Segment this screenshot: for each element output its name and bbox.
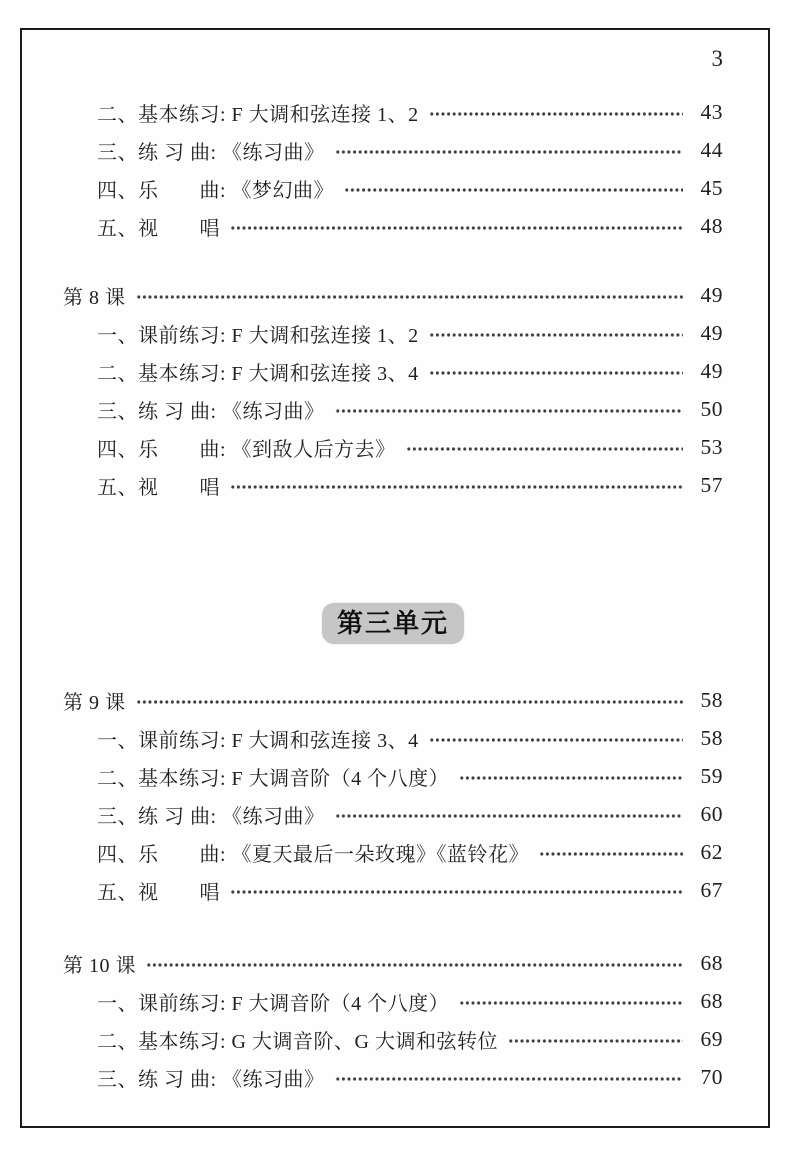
dot-leader <box>508 1020 683 1058</box>
toc-entry: 三、练 习 曲: 《练习曲》 44 <box>63 131 723 169</box>
toc-entry-page: 53 <box>689 435 723 460</box>
toc-entry-page: 68 <box>689 989 723 1014</box>
toc-entry-label: 三、练 习 曲: 《练习曲》 <box>63 1063 325 1092</box>
toc-entry: 一、课前练习: F 大调音阶（4 个八度） 68 <box>63 982 723 1020</box>
toc-entry-page: 44 <box>689 138 723 163</box>
toc-entry-label: 四、乐 曲: 《夏天最后一朵玫瑰》《蓝铃花》 <box>63 838 529 867</box>
toc-entry: 一、课前练习: F 大调和弦连接 1、2 49 <box>63 314 723 352</box>
dot-leader <box>344 169 683 207</box>
dot-leader <box>230 207 683 245</box>
toc-entry: 二、基本练习: G 大调音阶、G 大调和弦转位 69 <box>63 1020 723 1058</box>
toc-entry: 三、练 习 曲: 《练习曲》 60 <box>63 795 723 833</box>
toc-entry-page: 60 <box>689 802 723 827</box>
dot-leader <box>459 982 683 1020</box>
toc-lesson-title: 第 10 课 <box>63 949 136 978</box>
toc-entry: 四、乐 曲: 《到敌人后方去》 53 <box>63 428 723 466</box>
dot-leader <box>429 93 683 131</box>
unit-badge-row: 第三单元 <box>63 603 723 643</box>
toc-entry: 二、基本练习: F 大调和弦连接 1、2 43 <box>63 93 723 131</box>
toc-entry: 三、练 习 曲: 《练习曲》 70 <box>63 1058 723 1096</box>
toc-lesson-header: 第 10 课 68 <box>63 944 723 982</box>
toc-entry-label: 一、课前练习: F 大调和弦连接 1、2 <box>63 319 419 348</box>
dot-leader <box>539 833 683 871</box>
toc-entry-label: 五、视 唱 <box>63 876 220 905</box>
toc-entry-page: 58 <box>689 726 723 751</box>
dot-leader <box>335 390 683 428</box>
toc-entry-page: 67 <box>689 878 723 903</box>
toc-section-lesson8: 第 8 课 49 一、课前练习: F 大调和弦连接 1、2 49 二、基本练习:… <box>63 276 723 504</box>
toc-entry-page: 62 <box>689 840 723 865</box>
toc-content: 3 二、基本练习: F 大调和弦连接 1、2 43 三、练 习 曲: 《练习曲》… <box>22 44 768 1140</box>
toc-entry-page: 43 <box>689 100 723 125</box>
toc-entry: 五、视 唱 57 <box>63 466 723 504</box>
toc-entry-page: 49 <box>689 321 723 346</box>
dot-leader <box>136 681 684 719</box>
toc-entry: 三、练 习 曲: 《练习曲》 50 <box>63 390 723 428</box>
toc-lesson-header: 第 8 课 49 <box>63 276 723 314</box>
dot-leader <box>459 757 683 795</box>
toc-entry-page: 70 <box>689 1065 723 1090</box>
toc-entry-label: 一、课前练习: F 大调音阶（4 个八度） <box>63 987 449 1016</box>
toc-lesson-title: 第 8 课 <box>63 281 126 310</box>
toc-entry-label: 三、练 习 曲: 《练习曲》 <box>63 800 325 829</box>
toc-lesson-header: 第 9 课 58 <box>63 681 723 719</box>
dot-leader <box>136 276 684 314</box>
toc-section-lesson7-continued: 二、基本练习: F 大调和弦连接 1、2 43 三、练 习 曲: 《练习曲》 4… <box>63 93 723 245</box>
toc-entry: 二、基本练习: F 大调和弦连接 3、4 49 <box>63 352 723 390</box>
dot-leader <box>429 352 683 390</box>
toc-lesson-page: 58 <box>689 688 723 713</box>
dot-leader <box>146 944 683 982</box>
toc-entry-label: 二、基本练习: F 大调和弦连接 1、2 <box>63 98 419 127</box>
toc-section-lesson10: 第 10 课 68 一、课前练习: F 大调音阶（4 个八度） 68 二、基本练… <box>63 944 723 1096</box>
toc-lesson-page: 68 <box>689 951 723 976</box>
toc-entry-label: 二、基本练习: F 大调音阶（4 个八度） <box>63 762 449 791</box>
dot-leader <box>429 719 683 757</box>
toc-entry-page: 45 <box>689 176 723 201</box>
toc-entry-page: 48 <box>689 214 723 239</box>
toc-entry-label: 五、视 唱 <box>63 212 220 241</box>
dot-leader <box>230 466 683 504</box>
toc-entry: 一、课前练习: F 大调和弦连接 3、4 58 <box>63 719 723 757</box>
dot-leader <box>429 314 683 352</box>
toc-section-lesson9: 第 9 课 58 一、课前练习: F 大调和弦连接 3、4 58 二、基本练习:… <box>63 681 723 909</box>
toc-entry-label: 五、视 唱 <box>63 471 220 500</box>
toc-entry: 二、基本练习: F 大调音阶（4 个八度） 59 <box>63 757 723 795</box>
unit-badge: 第三单元 <box>322 603 464 644</box>
toc-entry-page: 59 <box>689 764 723 789</box>
toc-entry: 四、乐 曲: 《梦幻曲》 45 <box>63 169 723 207</box>
dot-leader <box>335 1058 683 1096</box>
dot-leader <box>230 871 683 909</box>
toc-entry-page: 57 <box>689 473 723 498</box>
toc-entry-label: 三、练 习 曲: 《练习曲》 <box>63 136 325 165</box>
toc-entry-label: 二、基本练习: G 大调音阶、G 大调和弦转位 <box>63 1025 498 1054</box>
toc-entry-label: 四、乐 曲: 《梦幻曲》 <box>63 174 334 203</box>
toc-entry: 五、视 唱 67 <box>63 871 723 909</box>
page-number: 3 <box>63 44 723 74</box>
toc-entry: 四、乐 曲: 《夏天最后一朵玫瑰》《蓝铃花》 62 <box>63 833 723 871</box>
dot-leader <box>335 131 683 169</box>
toc-entry-label: 四、乐 曲: 《到敌人后方去》 <box>63 433 396 462</box>
toc-entry-label: 三、练 习 曲: 《练习曲》 <box>63 395 325 424</box>
toc-lesson-title: 第 9 课 <box>63 686 126 715</box>
toc-lesson-page: 49 <box>689 283 723 308</box>
dot-leader <box>406 428 683 466</box>
toc-entry-page: 49 <box>689 359 723 384</box>
toc-entry: 五、视 唱 48 <box>63 207 723 245</box>
scanned-page: 3 二、基本练习: F 大调和弦连接 1、2 43 三、练 习 曲: 《练习曲》… <box>20 28 770 1128</box>
toc-entry-label: 一、课前练习: F 大调和弦连接 3、4 <box>63 724 419 753</box>
toc-entry-page: 50 <box>689 397 723 422</box>
dot-leader <box>335 795 683 833</box>
toc-entry-label: 二、基本练习: F 大调和弦连接 3、4 <box>63 357 419 386</box>
toc-entry-page: 69 <box>689 1027 723 1052</box>
